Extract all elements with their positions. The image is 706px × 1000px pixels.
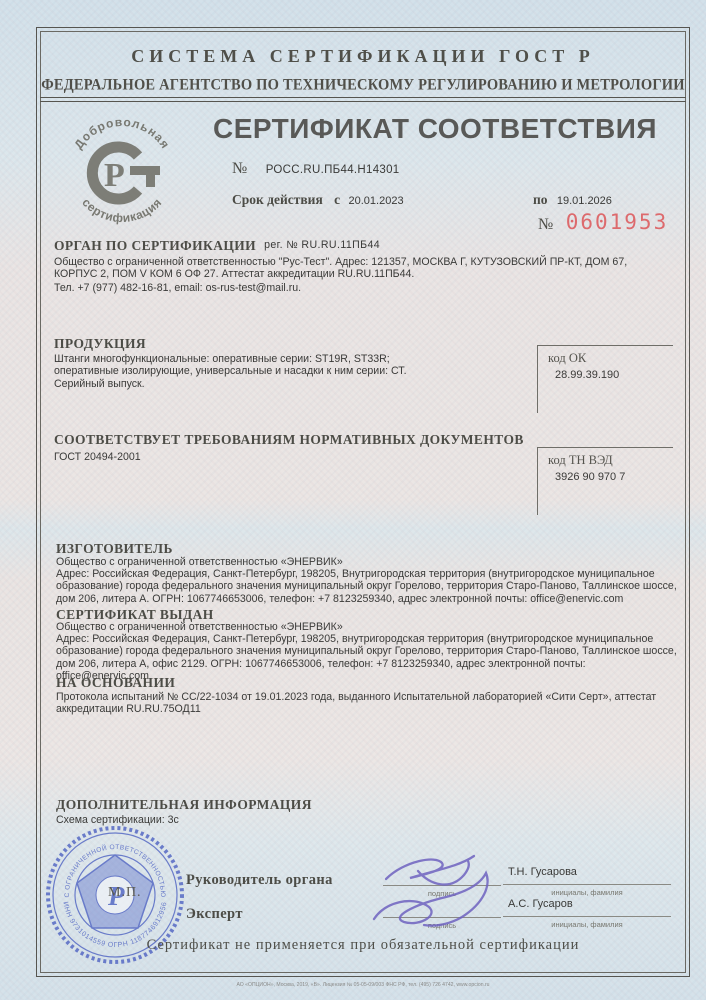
- expert-name-line: [503, 898, 671, 917]
- code-tnved-box: код ТН ВЭД 3926 90 970 7: [537, 447, 673, 515]
- certificate-number-row: № РОСС.RU.ПБ44.Н14301: [232, 160, 399, 178]
- certification-body-reg-number: рег. № RU.RU.11ПБ44: [264, 239, 380, 251]
- head-name-line: [503, 866, 671, 885]
- compliance-text: ГОСТ 20494-2001: [54, 451, 524, 463]
- rst-voluntary-certification-icon: Добровольная сертификация Р: [62, 110, 182, 228]
- product-text: Штанги многофункциональные: оперативные …: [54, 353, 524, 390]
- head-signature-stroke: [386, 856, 474, 885]
- code-tnved-label: код ТН ВЭД: [548, 453, 669, 468]
- code-tnved-value: 3926 90 970 7: [555, 471, 669, 483]
- product-line-3: Серийный выпуск.: [54, 378, 524, 390]
- number-sign: №: [232, 160, 247, 177]
- code-ok-box: код ОК 28.99.39.190: [537, 345, 673, 413]
- certification-body-section: ОРГАН ПО СЕРТИФИКАЦИИрег. № RU.RU.11ПБ44: [54, 238, 380, 254]
- from-label: с: [334, 192, 340, 207]
- expert-name-caption: инициалы, фамилия: [503, 920, 671, 929]
- handwritten-signatures: [358, 843, 523, 938]
- blank-number-row: № 0601953: [538, 210, 668, 234]
- valid-from-date: 20.01.2023: [349, 195, 404, 207]
- document-title: СЕРТИФИКАТ СООТВЕТСТВИЯ: [192, 113, 678, 145]
- valid-to-date: 19.01.2026: [557, 195, 612, 207]
- validity-label: Срок действия: [232, 192, 323, 207]
- certificate-number: РОСС.RU.ПБ44.Н14301: [266, 164, 400, 176]
- blank-number: 0601953: [566, 210, 669, 234]
- product-label: ПРОДУКЦИЯ: [54, 336, 146, 352]
- logo-t-bar: [130, 166, 160, 175]
- certification-body-text: Общество с ограниченной ответственностью…: [54, 256, 664, 281]
- certification-body-phone: Тел. +7 (977) 482-16-81, email: os-rus-t…: [54, 282, 664, 294]
- header-separator: [40, 97, 686, 102]
- issued-to-name: Общество с ограниченной ответственностью…: [56, 621, 681, 633]
- manufacturer-label: ИЗГОТОВИТЕЛЬ: [56, 541, 173, 557]
- place-of-seal-label: М.П.: [108, 885, 142, 901]
- expert-label: Эксперт: [186, 906, 243, 923]
- to-label: по: [533, 192, 548, 207]
- additional-info-label: ДОПОЛНИТЕЛЬНАЯ ИНФОРМАЦИЯ: [56, 797, 312, 813]
- head-name-caption: инициалы, фамилия: [503, 888, 671, 897]
- product-line-1: Штанги многофункциональные: оперативные …: [54, 353, 524, 365]
- manufacturer-address: Адрес: Российская Федерация, Санкт-Петер…: [56, 568, 681, 605]
- logo-t-stem: [146, 166, 155, 187]
- printer-info: АО «ОПЦИОН», Москва, 2019, «В». Лицензия…: [85, 982, 641, 987]
- head-of-body-label: Руководитель органа: [186, 872, 333, 889]
- system-title: СИСТЕМА СЕРТИФИКАЦИИ ГОСТ Р: [36, 46, 690, 67]
- certification-body-label: ОРГАН ПО СЕРТИФИКАЦИИ: [54, 238, 256, 253]
- code-ok-value: 28.99.39.190: [555, 369, 669, 381]
- blank-number-sign: №: [538, 216, 553, 233]
- logo-letter-r: Р: [104, 157, 125, 194]
- basis-label: НА ОСНОВАНИИ: [56, 675, 175, 691]
- validity-row: Срок действия с 20.01.2023 по 19.01.2026: [232, 192, 612, 208]
- manufacturer-name: Общество с ограниченной ответственностью…: [56, 556, 681, 568]
- basis-text: Протокола испытаний № СС/22-1034 от 19.0…: [56, 691, 671, 716]
- compliance-label: СООТВЕТСТВУЕТ ТРЕБОВАНИЯМ НОРМАТИВНЫХ ДО…: [54, 432, 524, 448]
- code-ok-label: код ОК: [548, 351, 669, 366]
- certificate-page: СИСТЕМА СЕРТИФИКАЦИИ ГОСТ Р ФЕДЕРАЛЬНОЕ …: [0, 0, 706, 1000]
- bottom-note: Сертификат не применяется при обязательн…: [36, 937, 690, 954]
- product-line-2: оперативные изолирующие, универсальные и…: [54, 365, 524, 377]
- agency-title: ФЕДЕРАЛЬНОЕ АГЕНТСТВО ПО ТЕХНИЧЕСКОМУ РЕ…: [36, 76, 690, 94]
